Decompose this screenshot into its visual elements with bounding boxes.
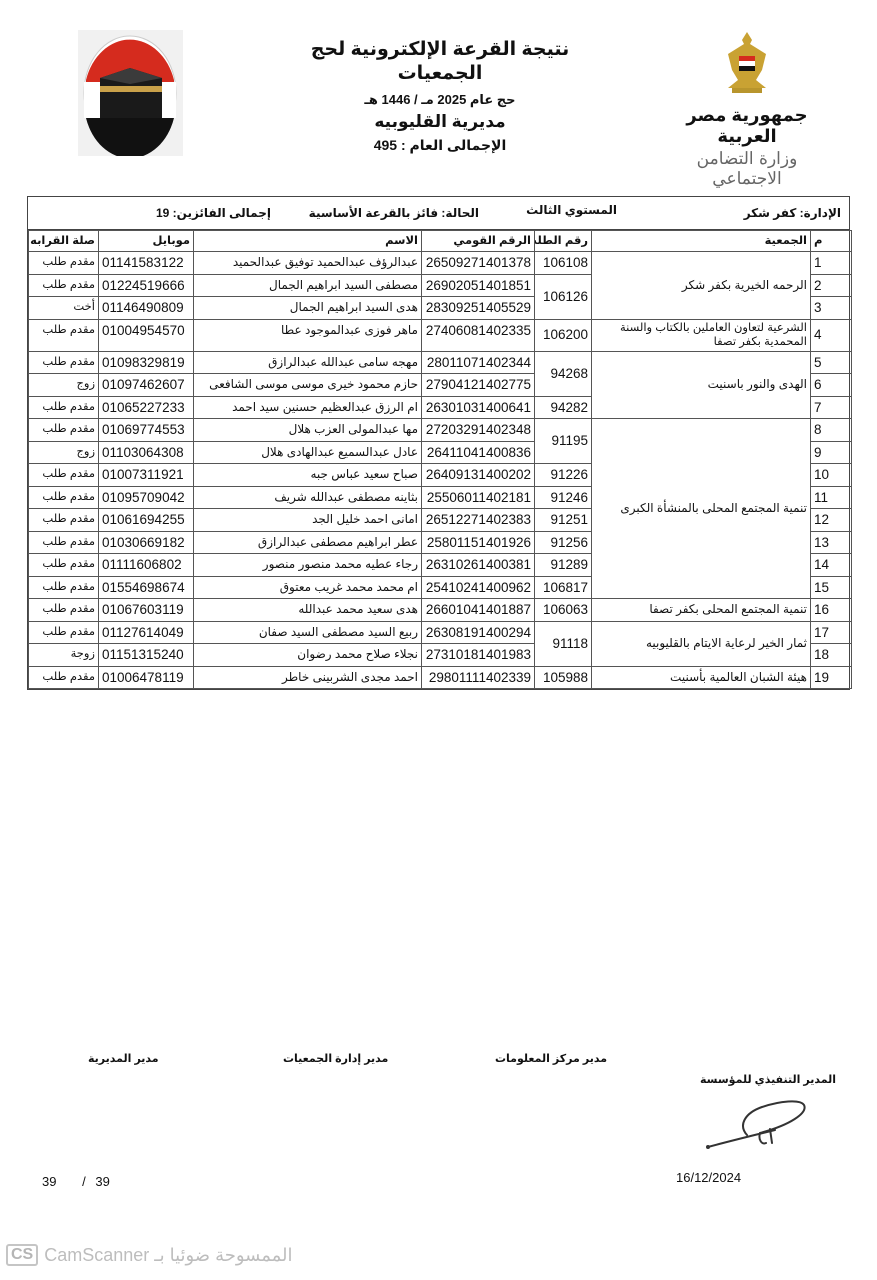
relation-cell: مقدم طلب — [29, 464, 99, 487]
request-no-cell: 105988 — [535, 666, 592, 689]
national-id-cell: 27406081402335 — [422, 319, 535, 351]
kaaba-logo-icon — [78, 30, 183, 156]
name-cell: مهجه سامى عبدالله عبدالرازق — [194, 351, 422, 374]
name-cell: نجلاء صلاح محمد رضوان — [194, 644, 422, 667]
mobile-cell: 01151315240 — [99, 644, 194, 667]
request-no-cell: 106200 — [535, 319, 592, 351]
request-no-cell: 91226 — [535, 464, 592, 487]
association-cell: ثمار الخير لرعاية الايتام بالقليوبيه — [592, 621, 811, 666]
egypt-eagle-emblem-icon — [722, 30, 772, 96]
association-cell: تنمية المجتمع المحلى بكفر تصفا — [592, 599, 811, 622]
row-index: 7 — [811, 396, 852, 419]
name-cell: مها عبدالمولى العزب هلال — [194, 419, 422, 442]
relation-cell: مقدم طلب — [29, 576, 99, 599]
relation-cell: زوج — [29, 441, 99, 464]
mobile-cell: 01030669182 — [99, 531, 194, 554]
table-row: 16 تنمية المجتمع المحلى بكفر تصفا 106063… — [29, 599, 852, 622]
association-cell: تنمية المجتمع المحلى بالمنشأة الكبرى — [592, 419, 811, 599]
name-cell: ام محمد محمد غريب معتوق — [194, 576, 422, 599]
administration-label: الإدارة: كفر شكر — [744, 206, 841, 220]
association-cell: هيئة الشبان العالمية بأسنيت — [592, 666, 811, 689]
national-id-cell: 25801151401926 — [422, 531, 535, 554]
winners-table: م الجمعية رقم الطلب الرقم القومي الاسم م… — [28, 230, 852, 689]
row-index: 17 — [811, 621, 852, 644]
row-index: 19 — [811, 666, 852, 689]
egypt-ministry-logo: جمهورية مصر العربية وزارة التضامن الاجتم… — [672, 30, 822, 165]
directorate-name: مديرية القليوبيه — [270, 110, 610, 134]
row-index: 8 — [811, 419, 852, 442]
signature-directorate-manager: مدير المديرية — [88, 1052, 159, 1065]
relation-cell: مقدم طلب — [29, 531, 99, 554]
relation-cell: زوج — [29, 374, 99, 397]
row-index: 11 — [811, 486, 852, 509]
national-id-cell: 27310181401983 — [422, 644, 535, 667]
name-cell: بثاينه مصطفى عبدالله شريف — [194, 486, 422, 509]
signature-associations-manager: مدير إدارة الجمعيات — [283, 1052, 388, 1065]
mobile-cell: 01554698674 — [99, 576, 194, 599]
row-index: 18 — [811, 644, 852, 667]
page-separator: / — [82, 1174, 86, 1189]
signature-executive-director: المدير التنفيذي للمؤسسة — [700, 1073, 836, 1086]
request-no-cell: 106108 — [535, 252, 592, 275]
signature-info-center-manager: مدير مركز المعلومات — [495, 1052, 607, 1065]
request-no-cell: 106063 — [535, 599, 592, 622]
relation-cell: زوجة — [29, 644, 99, 667]
request-no-cell: 106126 — [535, 274, 592, 319]
national-id-cell: 28011071402344 — [422, 351, 535, 374]
row-index: 5 — [811, 351, 852, 374]
relation-cell: مقدم طلب — [29, 396, 99, 419]
row-index: 4 — [811, 319, 852, 351]
national-id-cell: 26409131400202 — [422, 464, 535, 487]
document-title: نتيجة القرعة الإلكترونية لحج الجمعيات — [270, 38, 610, 86]
national-id-cell: 26601041401887 — [422, 599, 535, 622]
table-row: 8 تنمية المجتمع المحلى بالمنشأة الكبرى 9… — [29, 419, 852, 442]
table-row: 17 ثمار الخير لرعاية الايتام بالقليوبيه … — [29, 621, 852, 644]
col-header-name: الاسم — [194, 231, 422, 252]
table-row: 1 الرحمه الخيرية بكفر شكر 106108 2650927… — [29, 252, 852, 275]
relation-cell: مقدم طلب — [29, 621, 99, 644]
mobile-cell: 01006478119 — [99, 666, 194, 689]
national-id-cell: 26902051401851 — [422, 274, 535, 297]
camscanner-watermark: CS CamScanner الممسوحة ضوئيا بـ — [6, 1244, 293, 1266]
winners-table-container: الإدارة: كفر شكر المستوي الثالث الحالة: … — [27, 196, 850, 690]
col-header-relation: صلة القرابه — [29, 231, 99, 252]
mobile-cell: 01111606802 — [99, 554, 194, 577]
national-id-cell: 28309251405529 — [422, 297, 535, 320]
request-no-cell: 91256 — [535, 531, 592, 554]
table-row: 5 الهدى والنور باسنيت 94268 280110714023… — [29, 351, 852, 374]
national-id-cell: 26308191400294 — [422, 621, 535, 644]
document-header: نتيجة القرعة الإلكترونية لحج الجمعيات حج… — [270, 38, 610, 156]
page-total: 39 — [95, 1174, 109, 1189]
national-id-cell: 26512271402383 — [422, 509, 535, 532]
mobile-cell: 01098329819 — [99, 351, 194, 374]
mobile-cell: 01224519666 — [99, 274, 194, 297]
mobile-cell: 01065227233 — [99, 396, 194, 419]
name-cell: احمد مجدى الشربينى خاطر — [194, 666, 422, 689]
page-current: 39 — [42, 1174, 56, 1189]
request-no-cell: 91118 — [535, 621, 592, 666]
relation-cell: مقدم طلب — [29, 319, 99, 351]
mobile-cell: 01069774553 — [99, 419, 194, 442]
mobile-cell: 01061694255 — [99, 509, 194, 532]
mobile-cell: 01103064308 — [99, 441, 194, 464]
national-id-cell: 25410241400962 — [422, 576, 535, 599]
name-cell: مصطفى السيد ابراهيم الجمال — [194, 274, 422, 297]
row-index: 9 — [811, 441, 852, 464]
mobile-cell: 01095709042 — [99, 486, 194, 509]
row-index: 1 — [811, 252, 852, 275]
table-header-row: م الجمعية رقم الطلب الرقم القومي الاسم م… — [29, 231, 852, 252]
relation-cell: مقدم طلب — [29, 666, 99, 689]
col-header-mobile: موبايل — [99, 231, 194, 252]
handwritten-signature-icon — [700, 1095, 810, 1155]
national-id-cell: 26310261400381 — [422, 554, 535, 577]
status-label: الحالة: فائز بالقرعة الأساسية — [309, 206, 479, 220]
mobile-cell: 01146490809 — [99, 297, 194, 320]
national-id-cell: 26301031400641 — [422, 396, 535, 419]
relation-cell: مقدم طلب — [29, 252, 99, 275]
name-cell: ربيع السيد مصطفى السيد صفان — [194, 621, 422, 644]
name-cell: عطر ابراهيم مصطفى عبدالرازق — [194, 531, 422, 554]
camscanner-logo-icon: CS — [6, 1244, 38, 1266]
name-cell: امانى احمد خليل الجد — [194, 509, 422, 532]
name-cell: ام الرزق عبدالعظيم حسنين سيد احمد — [194, 396, 422, 419]
national-id-cell: 26411041400836 — [422, 441, 535, 464]
ministry-hajj-logo — [78, 30, 183, 156]
page-indicator: 39 / 39 — [42, 1174, 110, 1189]
table-meta-row: الإدارة: كفر شكر المستوي الثالث الحالة: … — [28, 197, 849, 230]
level-label: المستوي الثالث — [526, 203, 617, 217]
grand-total: الإجمالى العام : 495 — [270, 134, 610, 156]
relation-cell: مقدم طلب — [29, 351, 99, 374]
request-no-cell: 106817 — [535, 576, 592, 599]
ministry-name: وزارة التضامن الاجتماعي — [672, 149, 822, 189]
row-index: 15 — [811, 576, 852, 599]
association-cell: الشرعية لتعاون العاملين بالكتاب والسنة ا… — [592, 319, 811, 351]
row-index: 3 — [811, 297, 852, 320]
relation-cell: مقدم طلب — [29, 274, 99, 297]
col-header-request-no: رقم الطلب — [535, 231, 592, 252]
col-header-index: م — [811, 231, 852, 252]
relation-cell: أخت — [29, 297, 99, 320]
watermark-text: CamScanner الممسوحة ضوئيا بـ — [44, 1245, 292, 1266]
relation-cell: مقدم طلب — [29, 486, 99, 509]
request-no-cell: 94282 — [535, 396, 592, 419]
country-name: جمهورية مصر العربية — [672, 105, 822, 147]
association-cell: الهدى والنور باسنيت — [592, 351, 811, 419]
national-id-cell: 29801111402339 — [422, 666, 535, 689]
row-index: 6 — [811, 374, 852, 397]
mobile-cell: 01007311921 — [99, 464, 194, 487]
relation-cell: مقدم طلب — [29, 599, 99, 622]
table-row: 4 الشرعية لتعاون العاملين بالكتاب والسنة… — [29, 319, 852, 351]
row-index: 2 — [811, 274, 852, 297]
name-cell: هدى السيد ابراهيم الجمال — [194, 297, 422, 320]
request-no-cell: 91246 — [535, 486, 592, 509]
request-no-cell: 91195 — [535, 419, 592, 464]
name-cell: رجاء عطيه محمد منصور منصور — [194, 554, 422, 577]
col-header-national-id: الرقم القومي — [422, 231, 535, 252]
name-cell: عادل عبدالسميع عبدالهادى هلال — [194, 441, 422, 464]
winners-total-label: إجمالى الفائزين: 19 — [156, 206, 271, 220]
name-cell: صباح سعيد عباس جبه — [194, 464, 422, 487]
name-cell: هدى سعيد محمد عبدالله — [194, 599, 422, 622]
relation-cell: مقدم طلب — [29, 509, 99, 532]
mobile-cell: 01067603119 — [99, 599, 194, 622]
row-index: 16 — [811, 599, 852, 622]
mobile-cell: 01004954570 — [99, 319, 194, 351]
relation-cell: مقدم طلب — [29, 554, 99, 577]
national-id-cell: 26509271401378 — [422, 252, 535, 275]
name-cell: ماهر فوزى عبدالموجود عطا — [194, 319, 422, 351]
mobile-cell: 01141583122 — [99, 252, 194, 275]
name-cell: حازم محمود خيرى موسى موسى الشافعى — [194, 374, 422, 397]
association-cell: الرحمه الخيرية بكفر شكر — [592, 252, 811, 320]
name-cell: عبدالرؤف عبدالحميد توفيق عبدالحميد — [194, 252, 422, 275]
row-index: 10 — [811, 464, 852, 487]
request-no-cell: 94268 — [535, 351, 592, 396]
mobile-cell: 01127614049 — [99, 621, 194, 644]
hajj-year: حج عام 2025 مـ / 1446 هـ — [270, 90, 610, 110]
national-id-cell: 27904121402775 — [422, 374, 535, 397]
request-no-cell: 91289 — [535, 554, 592, 577]
national-id-cell: 27203291402348 — [422, 419, 535, 442]
national-id-cell: 25506011402181 — [422, 486, 535, 509]
relation-cell: مقدم طلب — [29, 419, 99, 442]
row-index: 14 — [811, 554, 852, 577]
row-index: 13 — [811, 531, 852, 554]
request-no-cell: 91251 — [535, 509, 592, 532]
row-index: 12 — [811, 509, 852, 532]
col-header-association: الجمعية — [592, 231, 811, 252]
table-row: 19 هيئة الشبان العالمية بأسنيت 105988 29… — [29, 666, 852, 689]
mobile-cell: 01097462607 — [99, 374, 194, 397]
document-date: 16/12/2024 — [676, 1170, 741, 1185]
